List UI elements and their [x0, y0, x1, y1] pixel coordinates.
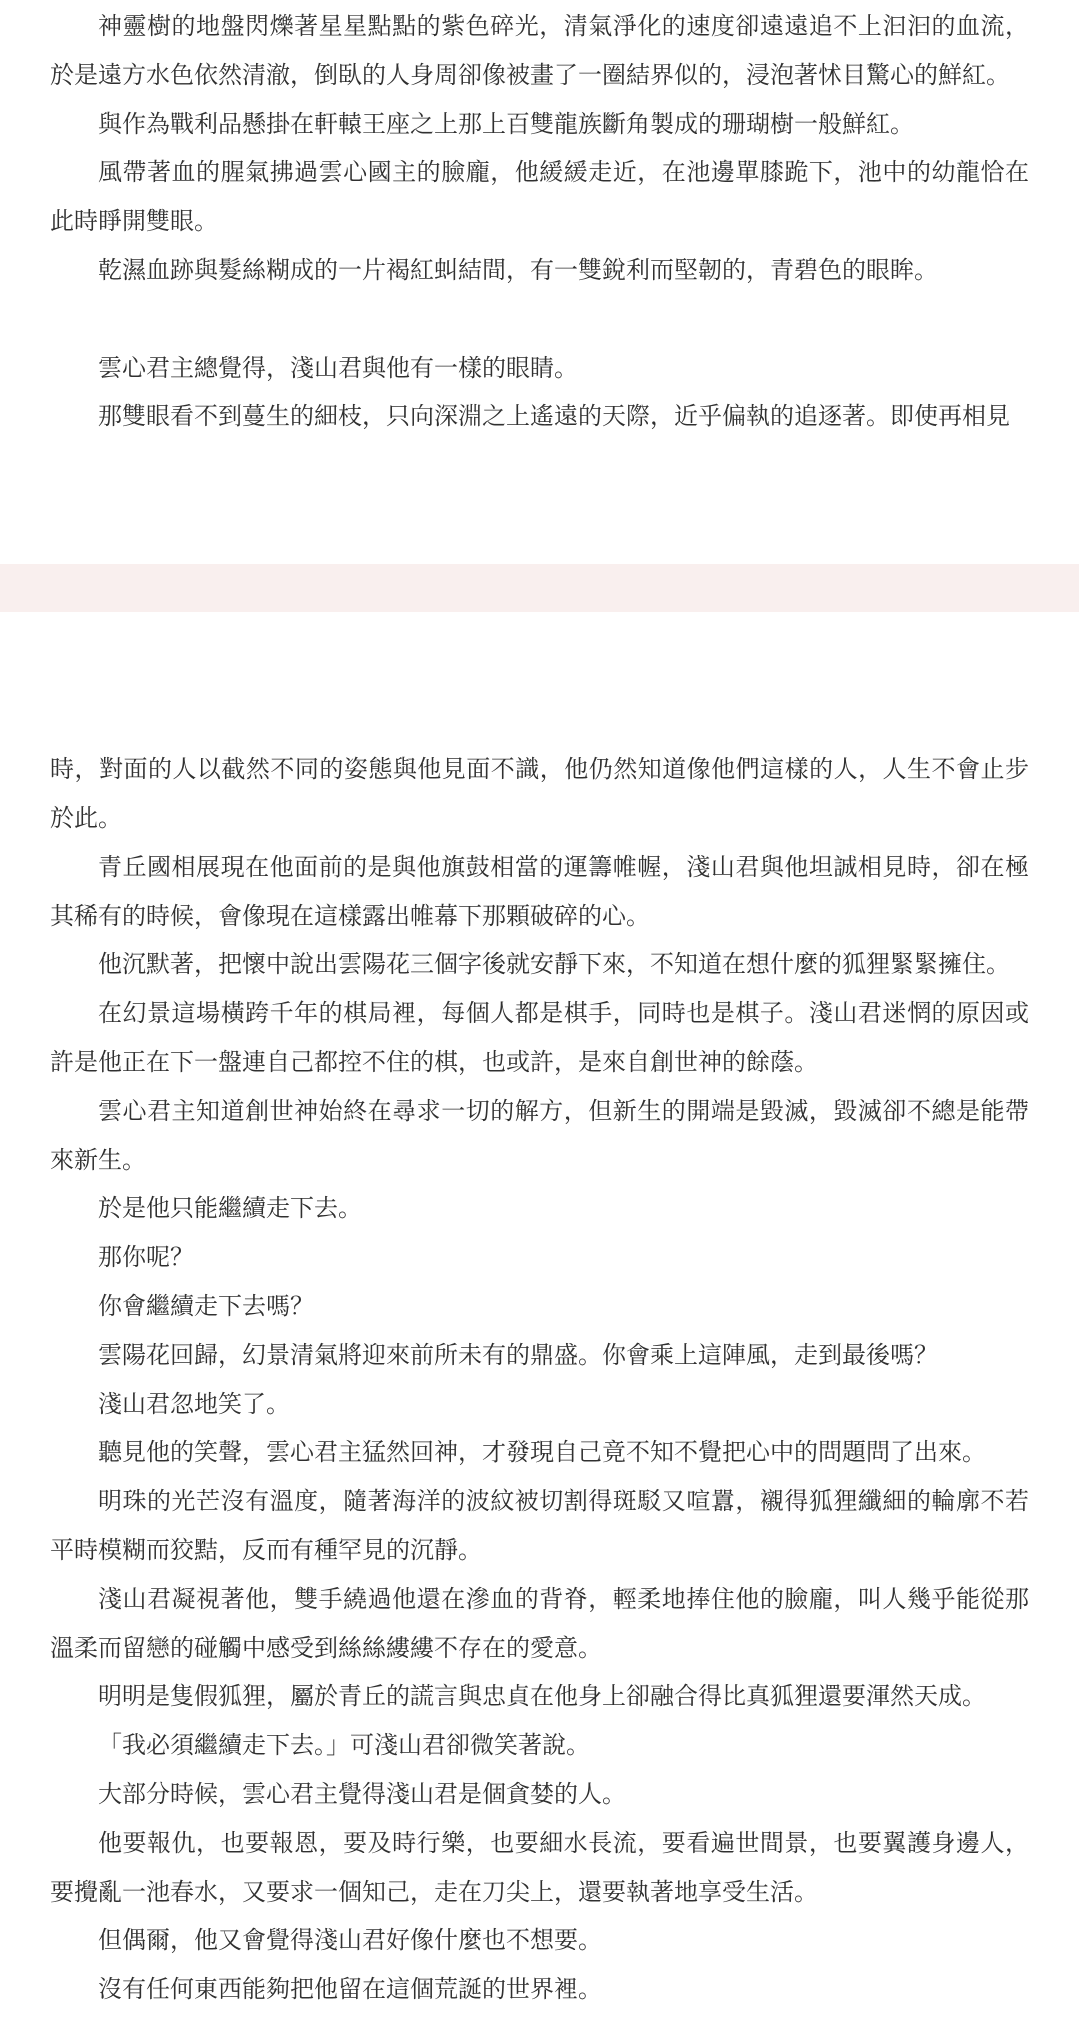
paragraph: 那雙眼看不到蔓生的細枝，只向深淵之上遙遠的天際，近乎偏執的追逐著。即使再相見: [50, 393, 1029, 442]
paragraph: 時，對面的人以截然不同的姿態與他見面不識，他仍然知道像他們這樣的人，人生不會止步…: [50, 746, 1029, 844]
paragraph: 明珠的光芒沒有溫度，隨著海洋的波紋被切割得斑駁又喧囂，襯得狐狸纖細的輪廓不若平時…: [50, 1478, 1029, 1576]
paragraph: 沒有任何東西能夠把他留在這個荒誕的世界裡。: [50, 1966, 1029, 2015]
paragraph: 聽見他的笑聲，雲心君主猛然回神，才發現自己竟不知不覺把心中的問題問了出來。: [50, 1429, 1029, 1478]
paragraph: 但偶爾，他又會覺得淺山君好像什麼也不想要。: [50, 1917, 1029, 1966]
reading-page: 神靈樹的地盤閃爍著星星點點的紫色碎光，清氣淨化的速度卻遠遠追不上汩汩的血流，於是…: [0, 0, 1079, 2022]
paragraph: 青丘國相展現在他面前的是與他旗鼓相當的運籌帷幄，淺山君與他坦誠相見時，卻在極其稀…: [50, 844, 1029, 942]
paragraph: 「我必須繼續走下去。」可淺山君卻微笑著說。: [50, 1722, 1029, 1771]
paragraph: 神靈樹的地盤閃爍著星星點點的紫色碎光，清氣淨化的速度卻遠遠追不上汩汩的血流，於是…: [50, 3, 1029, 101]
text-section-top: 神靈樹的地盤閃爍著星星點點的紫色碎光，清氣淨化的速度卻遠遠追不上汩汩的血流，於是…: [0, 0, 1079, 442]
paragraph: 那你呢？: [50, 1234, 1029, 1283]
paragraph: 他要報仇，也要報恩，要及時行樂，也要細水長流，要看遍世間景，也要翼護身邊人，要攪…: [50, 1820, 1029, 1918]
paragraph: 與作為戰利品懸掛在軒轅王座之上那上百雙龍族斷角製成的珊瑚樹一般鮮紅。: [50, 101, 1029, 150]
paragraph: 雲心君主知道創世神始終在尋求一切的解方，但新生的開端是毀滅，毀滅卻不總是能帶來新…: [50, 1088, 1029, 1186]
paragraph: 在幻景這場橫跨千年的棋局裡，每個人都是棋手，同時也是棋子。淺山君迷惘的原因或許是…: [50, 990, 1029, 1088]
paragraph: 淺山君凝視著他，雙手繞過他還在滲血的背脊，輕柔地捧住他的臉龐，叫人幾乎能從那溫柔…: [50, 1576, 1029, 1674]
paragraph: 大部分時候，雲心君主覺得淺山君是個貪婪的人。: [50, 1771, 1029, 1820]
separator-band: [0, 564, 1079, 612]
paragraph: 他沉默著，把懷中說出雲陽花三個字後就安靜下來，不知道在想什麼的狐狸緊緊擁住。: [50, 941, 1029, 990]
paragraph: 風帶著血的腥氣拂過雲心國主的臉龐，他緩緩走近，在池邊單膝跪下，池中的幼龍恰在此時…: [50, 149, 1029, 247]
text-section-bottom: 時，對面的人以截然不同的姿態與他見面不識，他仍然知道像他們這樣的人，人生不會止步…: [0, 746, 1079, 2015]
paragraph: 於是他只能繼續走下去。: [50, 1185, 1029, 1234]
paragraph: 雲心君主總覺得，淺山君與他有一樣的眼睛。: [50, 345, 1029, 394]
paragraph: 淺山君忽地笑了。: [50, 1381, 1029, 1430]
paragraph: 明明是隻假狐狸，屬於青丘的謊言與忠貞在他身上卻融合得比真狐狸還要渾然天成。: [50, 1673, 1029, 1722]
paragraph: 你會繼續走下去嗎？: [50, 1283, 1029, 1332]
paragraph: 乾濕血跡與髮絲糊成的一片褐紅虯結間，有一雙銳利而堅韌的，青碧色的眼眸。: [50, 247, 1029, 296]
paragraph: 雲陽花回歸，幻景清氣將迎來前所未有的鼎盛。你會乘上這陣風，走到最後嗎？: [50, 1332, 1029, 1381]
